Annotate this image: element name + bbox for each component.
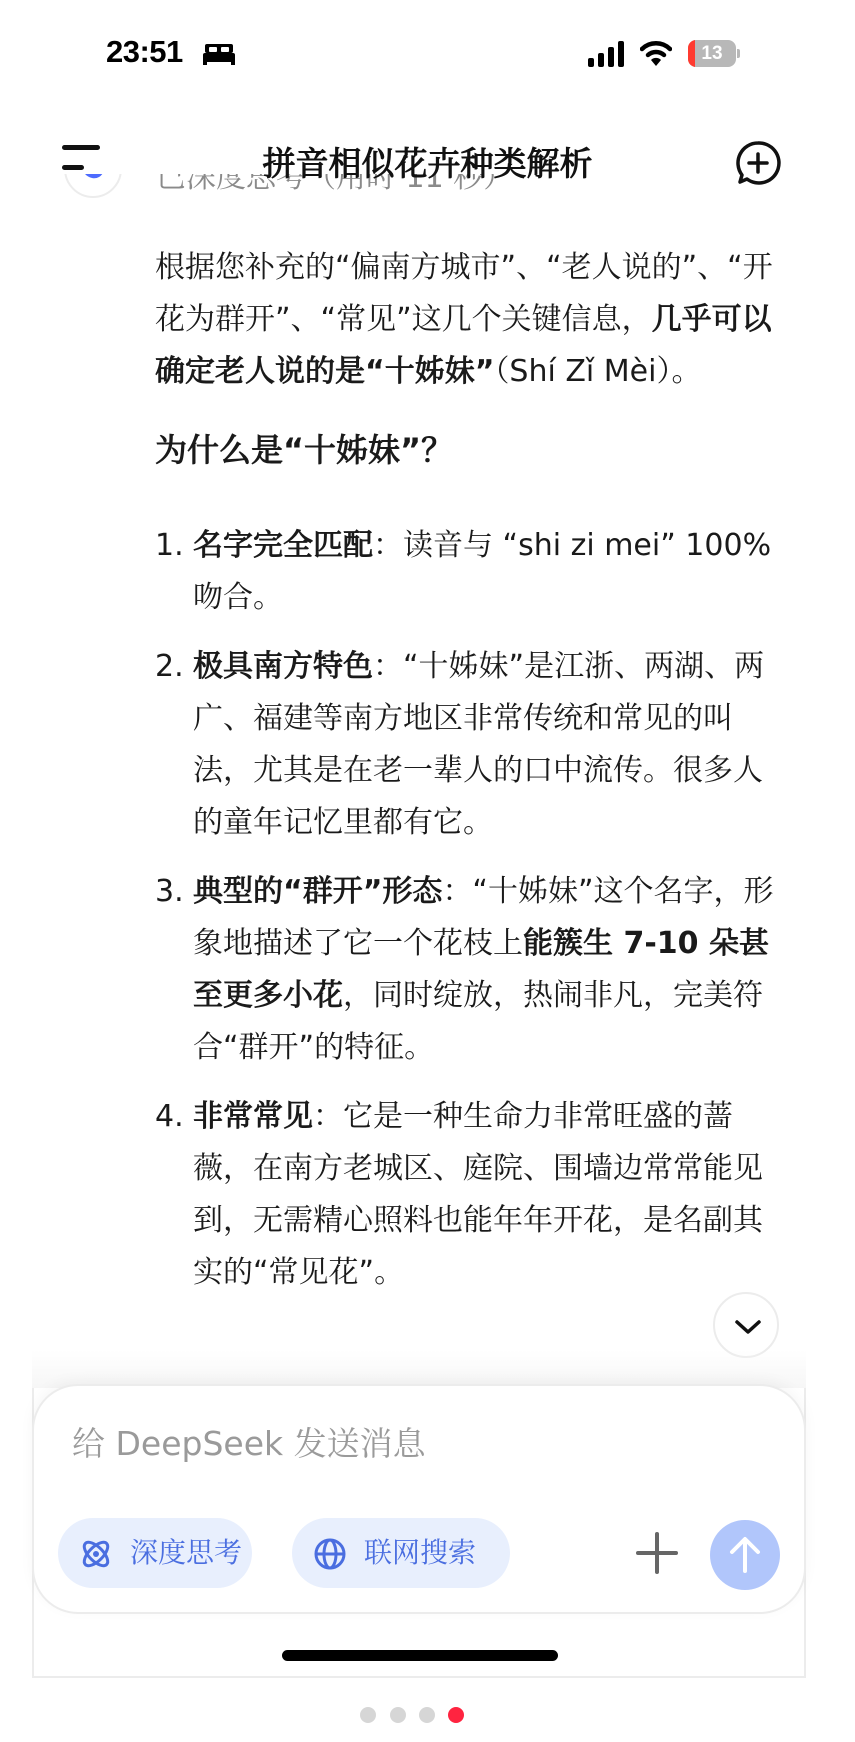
bed-icon [203, 43, 235, 65]
arrow-up-icon [727, 1535, 763, 1575]
deep-think-toggle[interactable]: 深度思考 [58, 1518, 252, 1588]
intro-pinyin-text: （Shí Zǐ Mèi）。 [494, 354, 701, 389]
list-number: 2. [155, 641, 184, 693]
conversation-title: 拼音相似花卉种类解析 [0, 138, 855, 185]
new-chat-icon[interactable] [733, 138, 783, 188]
globe-icon [312, 1536, 348, 1572]
assistant-message: 根据您补充的“偏南方城市”、“老人说的”、“开花为群开”、“常见”这几个关键信息… [155, 242, 775, 1316]
plus-icon[interactable] [634, 1530, 680, 1576]
app-header: 拼音相似花卉种类解析 [0, 128, 855, 192]
atom-icon [78, 1536, 114, 1572]
web-search-toggle[interactable]: 联网搜索 [292, 1518, 510, 1588]
list-item-title: 非常常见 [193, 1099, 313, 1134]
page-dot[interactable] [419, 1707, 435, 1723]
home-indicator[interactable] [282, 1650, 558, 1661]
list-item: 3. 典型的“群开”形态：“十姊妹”这个名字，形象地描述了它一个花枝上能簇生 7… [155, 866, 775, 1074]
scroll-to-bottom-button[interactable] [713, 1292, 779, 1358]
status-time: 23:51 [106, 34, 183, 70]
deep-think-label: 深度思考 [130, 1518, 242, 1588]
list-number: 4. [155, 1091, 184, 1143]
list-item: 2. 极具南方特色：“十姊妹”是江浙、两湖、两广、福建等南方地区非常传统和常见的… [155, 641, 775, 849]
list-number: 3. [155, 866, 184, 918]
list-item-title: 名字完全匹配 [193, 528, 373, 563]
section-heading: 为什么是“十姊妹”？ [155, 428, 775, 472]
wifi-icon [640, 39, 672, 67]
chevron-down-icon [734, 1316, 762, 1338]
status-bar: 23:51 13 [0, 0, 855, 100]
battery-indicator: 13 [688, 40, 740, 67]
web-search-label: 联网搜索 [364, 1518, 476, 1588]
list-item: 4. 非常常见：它是一种生命力非常旺盛的蔷薇，在南方老城区、庭院、围墙边常常能见… [155, 1091, 775, 1299]
page-dot[interactable] [360, 1707, 376, 1723]
reasons-list: 1. 名字完全匹配：读音与 “shi zi mei” 100% 吻合。 2. 极… [155, 520, 775, 1299]
cellular-signal-icon [588, 41, 624, 67]
intro-paragraph: 根据您补充的“偏南方城市”、“老人说的”、“开花为群开”、“常见”这几个关键信息… [155, 242, 775, 398]
page-dot[interactable] [390, 1707, 406, 1723]
message-composer: 深度思考 联网搜索 [32, 1384, 806, 1614]
battery-level: 13 [688, 40, 736, 67]
message-input[interactable] [72, 1420, 672, 1466]
send-button[interactable] [710, 1520, 780, 1590]
list-item-title: 典型的“群开”形态 [193, 874, 442, 909]
list-item: 1. 名字完全匹配：读音与 “shi zi mei” 100% 吻合。 [155, 520, 775, 624]
page-dot-active[interactable] [448, 1707, 464, 1723]
list-number: 1. [155, 520, 184, 572]
list-item-title: 极具南方特色 [193, 649, 373, 684]
